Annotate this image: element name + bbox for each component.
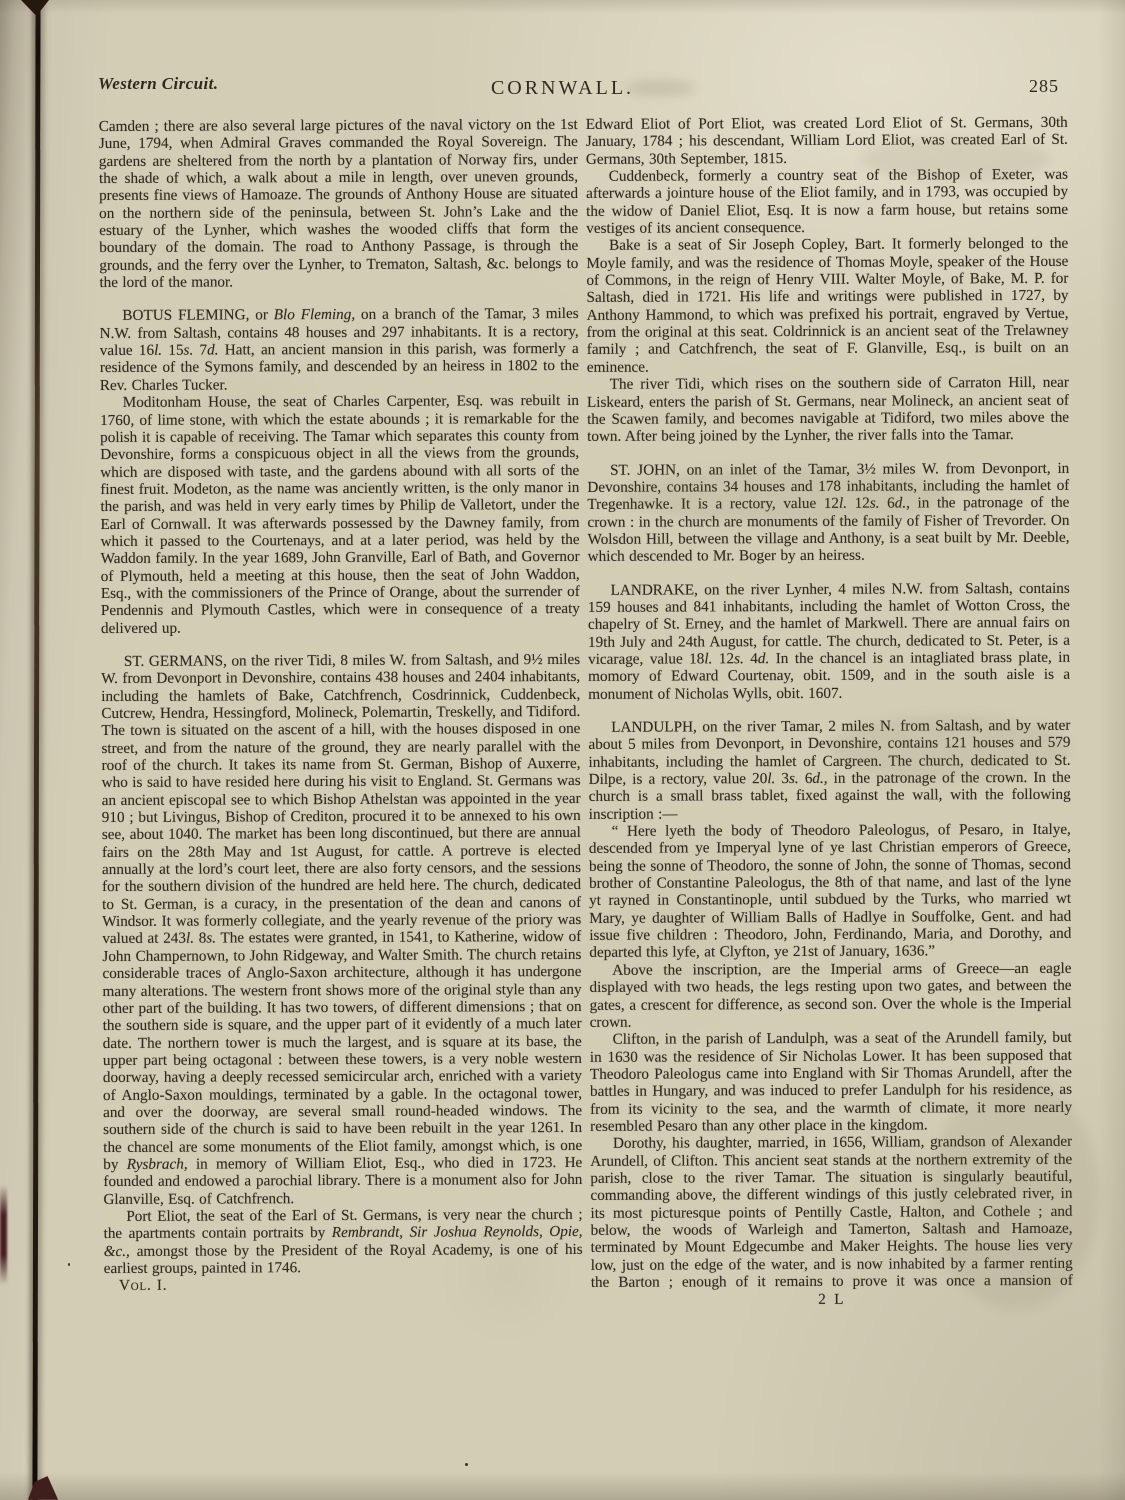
text-run: 8	[194, 930, 206, 947]
text-run: d.	[758, 650, 769, 667]
text-run: Moditonham House, the seat of Charles Ca…	[100, 392, 580, 637]
show-through-smudge	[620, 468, 950, 523]
text-run: Blo Fleming,	[274, 306, 355, 323]
text-run: The estates were granted, in 1541, to Ka…	[102, 928, 582, 1173]
show-through-smudge	[830, 715, 1070, 780]
text-run: 6	[799, 770, 813, 787]
text-run: BOTUS FLEMING, or	[122, 307, 273, 325]
paragraph: The river Tidi, which rises on the south…	[587, 374, 1069, 445]
text-run: Above the inscription, are the Imperial …	[589, 960, 1071, 1031]
text-run: s.	[206, 930, 216, 947]
text-run: 15	[162, 342, 184, 359]
show-through-smudge	[930, 1080, 1100, 1310]
ink-speck	[68, 1263, 70, 1266]
paragraph: ST. GERMANS, on the river Tidi, 8 miles …	[101, 651, 582, 1208]
text-run: l.	[186, 930, 194, 947]
paragraph: Above the inscription, are the Imperial …	[589, 960, 1071, 1031]
text-run: l.	[767, 770, 775, 787]
ink-speck	[465, 1463, 468, 1466]
volume-label: Vol. I.	[104, 1275, 583, 1294]
text-run: s.	[183, 342, 193, 359]
print-smudge	[625, 80, 695, 96]
paragraph: Bake is a seat of Sir Joseph Copley, Bar…	[586, 235, 1069, 376]
text-run: 3	[775, 770, 789, 787]
paragraph: “ Here lyeth the body of Theodoro Paleol…	[589, 821, 1072, 962]
book-page: Western Circuit. CORNWALL. 285 Camden ; …	[0, 0, 1125, 1500]
text-run: “ Here lyeth the body of Theodoro Paleol…	[589, 821, 1071, 962]
paragraph: LANDRAKE, on the river Lynher, 4 miles N…	[588, 579, 1071, 703]
paragraph: Camden ; there are also several large pi…	[99, 116, 579, 292]
text-run: 7	[193, 342, 207, 359]
text-run: The river Tidi, which rises on the south…	[587, 374, 1069, 445]
text-run: d.,	[812, 770, 827, 787]
paragraph: Moditonham House, the seat of Charles Ca…	[100, 392, 580, 637]
paragraph: BOTUS FLEMING, or Blo Fleming, on a bran…	[100, 305, 579, 394]
text-run: s.	[734, 650, 744, 667]
show-through-smudge	[860, 138, 1050, 180]
left-column: Camden ; there are also several large pi…	[99, 116, 584, 1448]
text-run: Rysbrach,	[127, 1156, 188, 1173]
text-run: Bake is a seat of Sir Joseph Copley, Bar…	[586, 235, 1068, 376]
text-run: d.	[207, 342, 218, 359]
text-run: amongst those by the President of the Ro…	[104, 1241, 583, 1277]
text-run: s.	[789, 770, 799, 787]
text-run: Camden ; there are also several large pi…	[99, 116, 579, 291]
text-run: ST. GERMANS, on the river Tidi, 8 miles …	[101, 651, 581, 948]
text-run: 4	[744, 650, 758, 667]
paragraph: Port Eliot, the seat of the Earl of St. …	[103, 1206, 582, 1277]
text-run: 12	[712, 650, 734, 667]
